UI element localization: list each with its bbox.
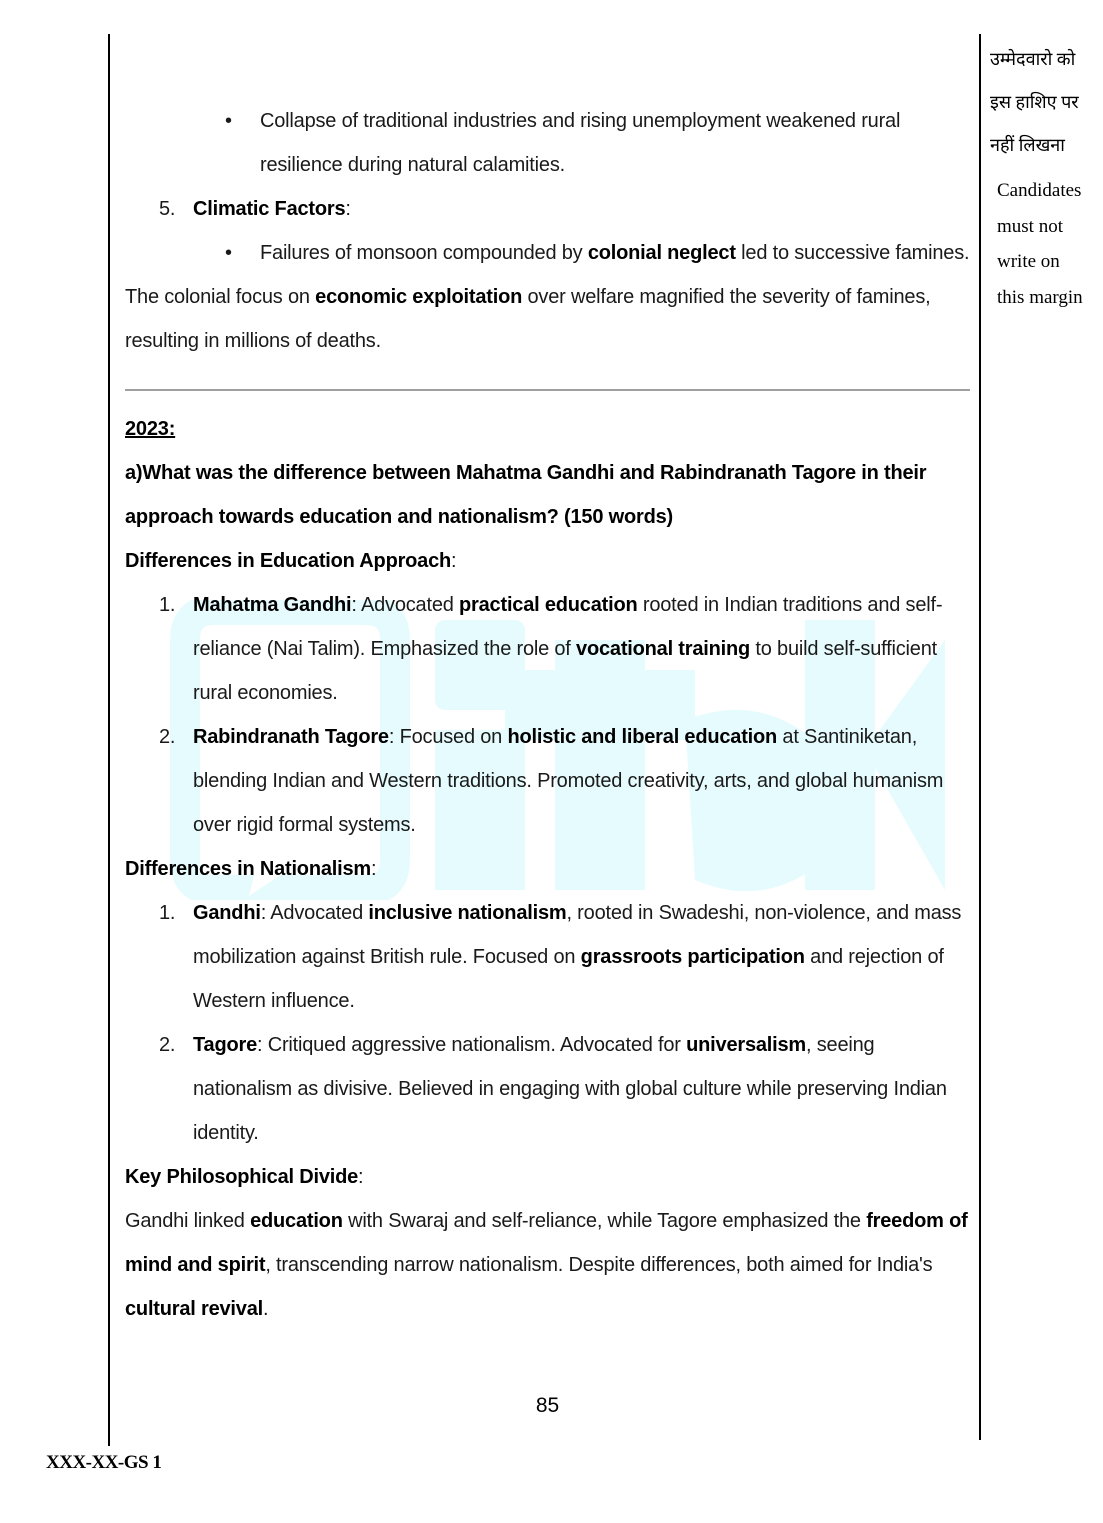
margin-hindi-line: नहीं लिखना bbox=[990, 124, 1100, 167]
bullet-traditional-industries: • Collapse of traditional industries and… bbox=[125, 99, 970, 187]
question-text: a)What was the difference between Mahatm… bbox=[125, 451, 970, 539]
paper-code: XXX-XX-GS 1 bbox=[46, 1452, 161, 1474]
margin-instruction: उम्मेदवारो को इस हाशिए पर नहीं लिखना Can… bbox=[990, 38, 1100, 315]
bullet-monsoon-failures: • Failures of monsoon compounded by colo… bbox=[125, 231, 970, 275]
education-heading: Differences in Education Approach: bbox=[125, 539, 970, 583]
left-margin-rule bbox=[108, 34, 110, 1446]
margin-hindi-line: उम्मेदवारो को bbox=[990, 38, 1100, 81]
section-divider bbox=[125, 389, 970, 391]
conclusion-paragraph: The colonial focus on economic exploitat… bbox=[125, 275, 970, 363]
education-item-tagore: 2. Rabindranath Tagore: Focused on holis… bbox=[125, 715, 970, 847]
bullet-icon: • bbox=[225, 99, 232, 143]
right-margin-rule bbox=[979, 34, 981, 1440]
item-climatic-factors: 5. Climatic Factors: bbox=[125, 187, 970, 231]
nationalism-item-tagore: 2. Tagore: Critiqued aggressive national… bbox=[125, 1023, 970, 1155]
answer-content: • Collapse of traditional industries and… bbox=[125, 99, 970, 1331]
nationalism-item-gandhi: 1. Gandhi: Advocated inclusive nationali… bbox=[125, 891, 970, 1023]
bullet-icon: • bbox=[225, 231, 232, 275]
year-heading: 2023: bbox=[125, 407, 970, 451]
divide-paragraph: Gandhi linked education with Swaraj and … bbox=[125, 1199, 970, 1331]
divide-heading: Key Philosophical Divide: bbox=[125, 1155, 970, 1199]
margin-english-text: Candidates must not write on this margin bbox=[990, 173, 1100, 315]
margin-hindi-line: इस हाशिए पर bbox=[990, 81, 1100, 124]
page-number: 85 bbox=[520, 1394, 575, 1418]
nationalism-heading: Differences in Nationalism: bbox=[125, 847, 970, 891]
education-item-gandhi: 1. Mahatma Gandhi: Advocated practical e… bbox=[125, 583, 970, 715]
